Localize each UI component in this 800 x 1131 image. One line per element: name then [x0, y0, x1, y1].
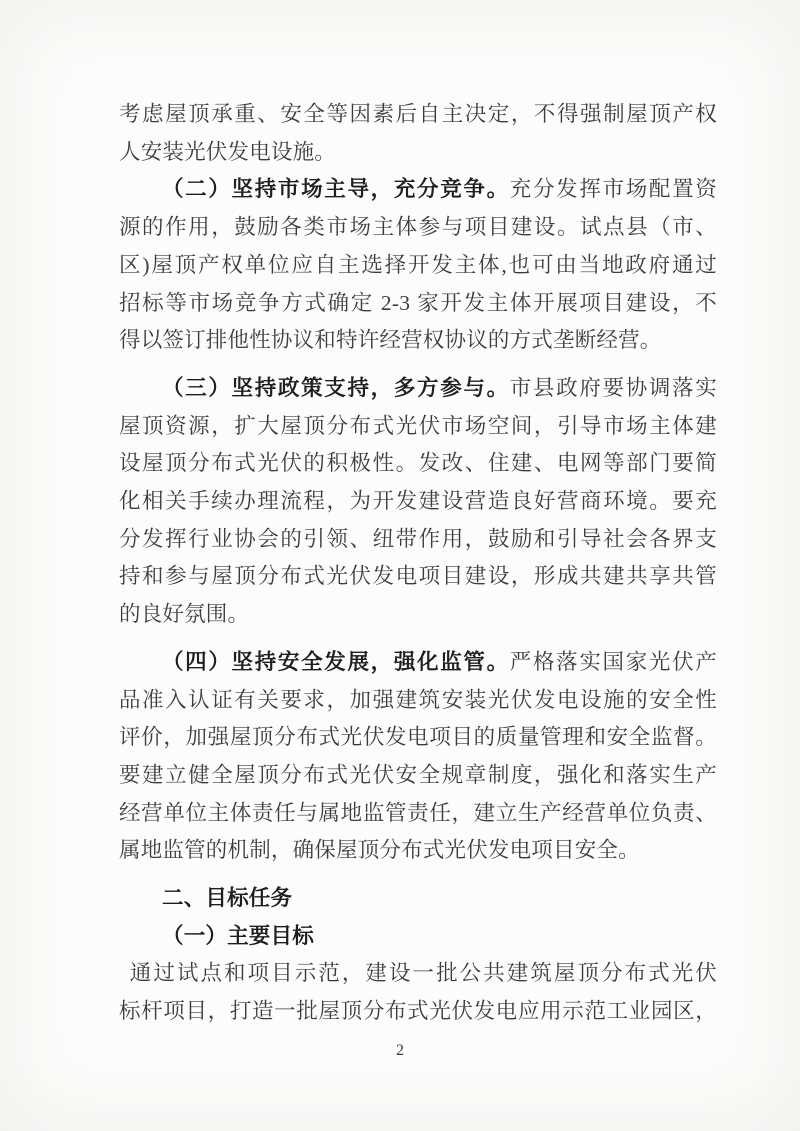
text-line: 屋顶资源，扩大屋顶分布式光伏市场空间，引导市场主体建: [119, 408, 717, 446]
paragraph-lead-bold: （四）坚持安全发展，强化监管。: [162, 650, 510, 674]
page-number: 2: [0, 1042, 800, 1060]
text-line: 评价，加强屋顶分布式光伏发电项目的质量管理和安全监督。: [119, 719, 717, 757]
text-line: 持和参与屋顶分布式光伏发电项目建设，形成共建共享共管: [119, 558, 717, 596]
text-line: （四）坚持安全发展，强化监管。严格落实国家光伏产: [119, 644, 717, 682]
text-line: 区)屋顶产权单位应自主选择开发主体,也可由当地政府通过: [119, 247, 717, 285]
heading-2-1-main-goals: （一）主要目标: [119, 918, 717, 956]
paragraph-lead-bold: （一）主要目标: [162, 924, 314, 948]
text-line: 化相关手续办理流程，为开发建设营造良好营商环境。要充: [119, 483, 717, 521]
text-line: 得以签订排他性协议和特许经营权协议的方式垄断经营。: [119, 322, 717, 360]
document-page: 考虑屋顶承重、安全等因素后自主决定，不得强制屋顶产权人安装光伏发电设施。（二）坚…: [0, 0, 800, 1131]
para-main-goals-pilot: 通过试点和项目示范，建设一批公共建筑屋顶分布式光伏标杆项目，打造一批屋顶分布式光…: [119, 955, 717, 1030]
text-line: 标杆项目，打造一批屋顶分布式光伏发电应用示范工业园区，: [119, 993, 717, 1031]
text-line: 考虑屋顶承重、安全等因素后自主决定，不得强制屋顶产权: [119, 96, 717, 134]
text-line: 品准入认证有关要求，加强建筑安装光伏发电设施的安全性: [119, 682, 717, 720]
heading-line: （一）主要目标: [119, 918, 717, 956]
paragraph-lead-bold: （二）坚持市场主导，充分竞争。: [162, 177, 510, 201]
text-line: 源的作用，鼓励各类市场主体参与项目建设。试点县（市、: [119, 209, 717, 247]
para-2-market-led-competition: （二）坚持市场主导，充分竞争。充分发挥市场配置资源的作用，鼓励各类市场主体参与项…: [119, 171, 717, 360]
para-3-policy-support: （三）坚持政策支持，多方参与。市县政府要协调落实屋顶资源，扩大屋顶分布式光伏市场…: [119, 370, 717, 634]
text-line: （三）坚持政策支持，多方参与。市县政府要协调落实: [119, 370, 717, 408]
text-line: （二）坚持市场主导，充分竞争。充分发挥市场配置资: [119, 171, 717, 209]
paragraph-lead-bold: （三）坚持政策支持，多方参与。: [162, 376, 510, 400]
para-roof-owner-decision: 考虑屋顶承重、安全等因素后自主决定，不得强制屋顶产权人安装光伏发电设施。: [119, 96, 717, 171]
para-4-safety-supervision: （四）坚持安全发展，强化监管。严格落实国家光伏产品准入认证有关要求，加强建筑安装…: [119, 644, 717, 870]
text-line: 经营单位主体责任与属地监管责任，建立生产经营单位负责、: [119, 795, 717, 833]
text-line: 的良好氛围。: [119, 596, 717, 634]
paragraph-lead-bold: 二、目标任务: [162, 886, 292, 910]
text-line: 设屋顶分布式光伏的积极性。发改、住建、电网等部门要简: [119, 445, 717, 483]
text-line: 要建立健全屋顶分布式光伏安全规章制度，强化和落实生产: [119, 757, 717, 795]
text-line: 人安装光伏发电设施。: [119, 134, 717, 172]
text-line: 招标等市场竞争方式确定 2-3 家开发主体开展项目建设，不: [119, 285, 717, 323]
text-line: 通过试点和项目示范，建设一批公共建筑屋顶分布式光伏: [119, 955, 717, 993]
text-line: 属地监管的机制，确保屋顶分布式光伏发电项目安全。: [119, 832, 717, 870]
heading-line: 二、目标任务: [119, 880, 717, 918]
document-body: 考虑屋顶承重、安全等因素后自主决定，不得强制屋顶产权人安装光伏发电设施。（二）坚…: [119, 96, 717, 1031]
heading-section-2-goals-tasks: 二、目标任务: [119, 880, 717, 918]
text-line: 分发挥行业协会的引领、纽带作用，鼓励和引导社会各界支: [119, 521, 717, 559]
